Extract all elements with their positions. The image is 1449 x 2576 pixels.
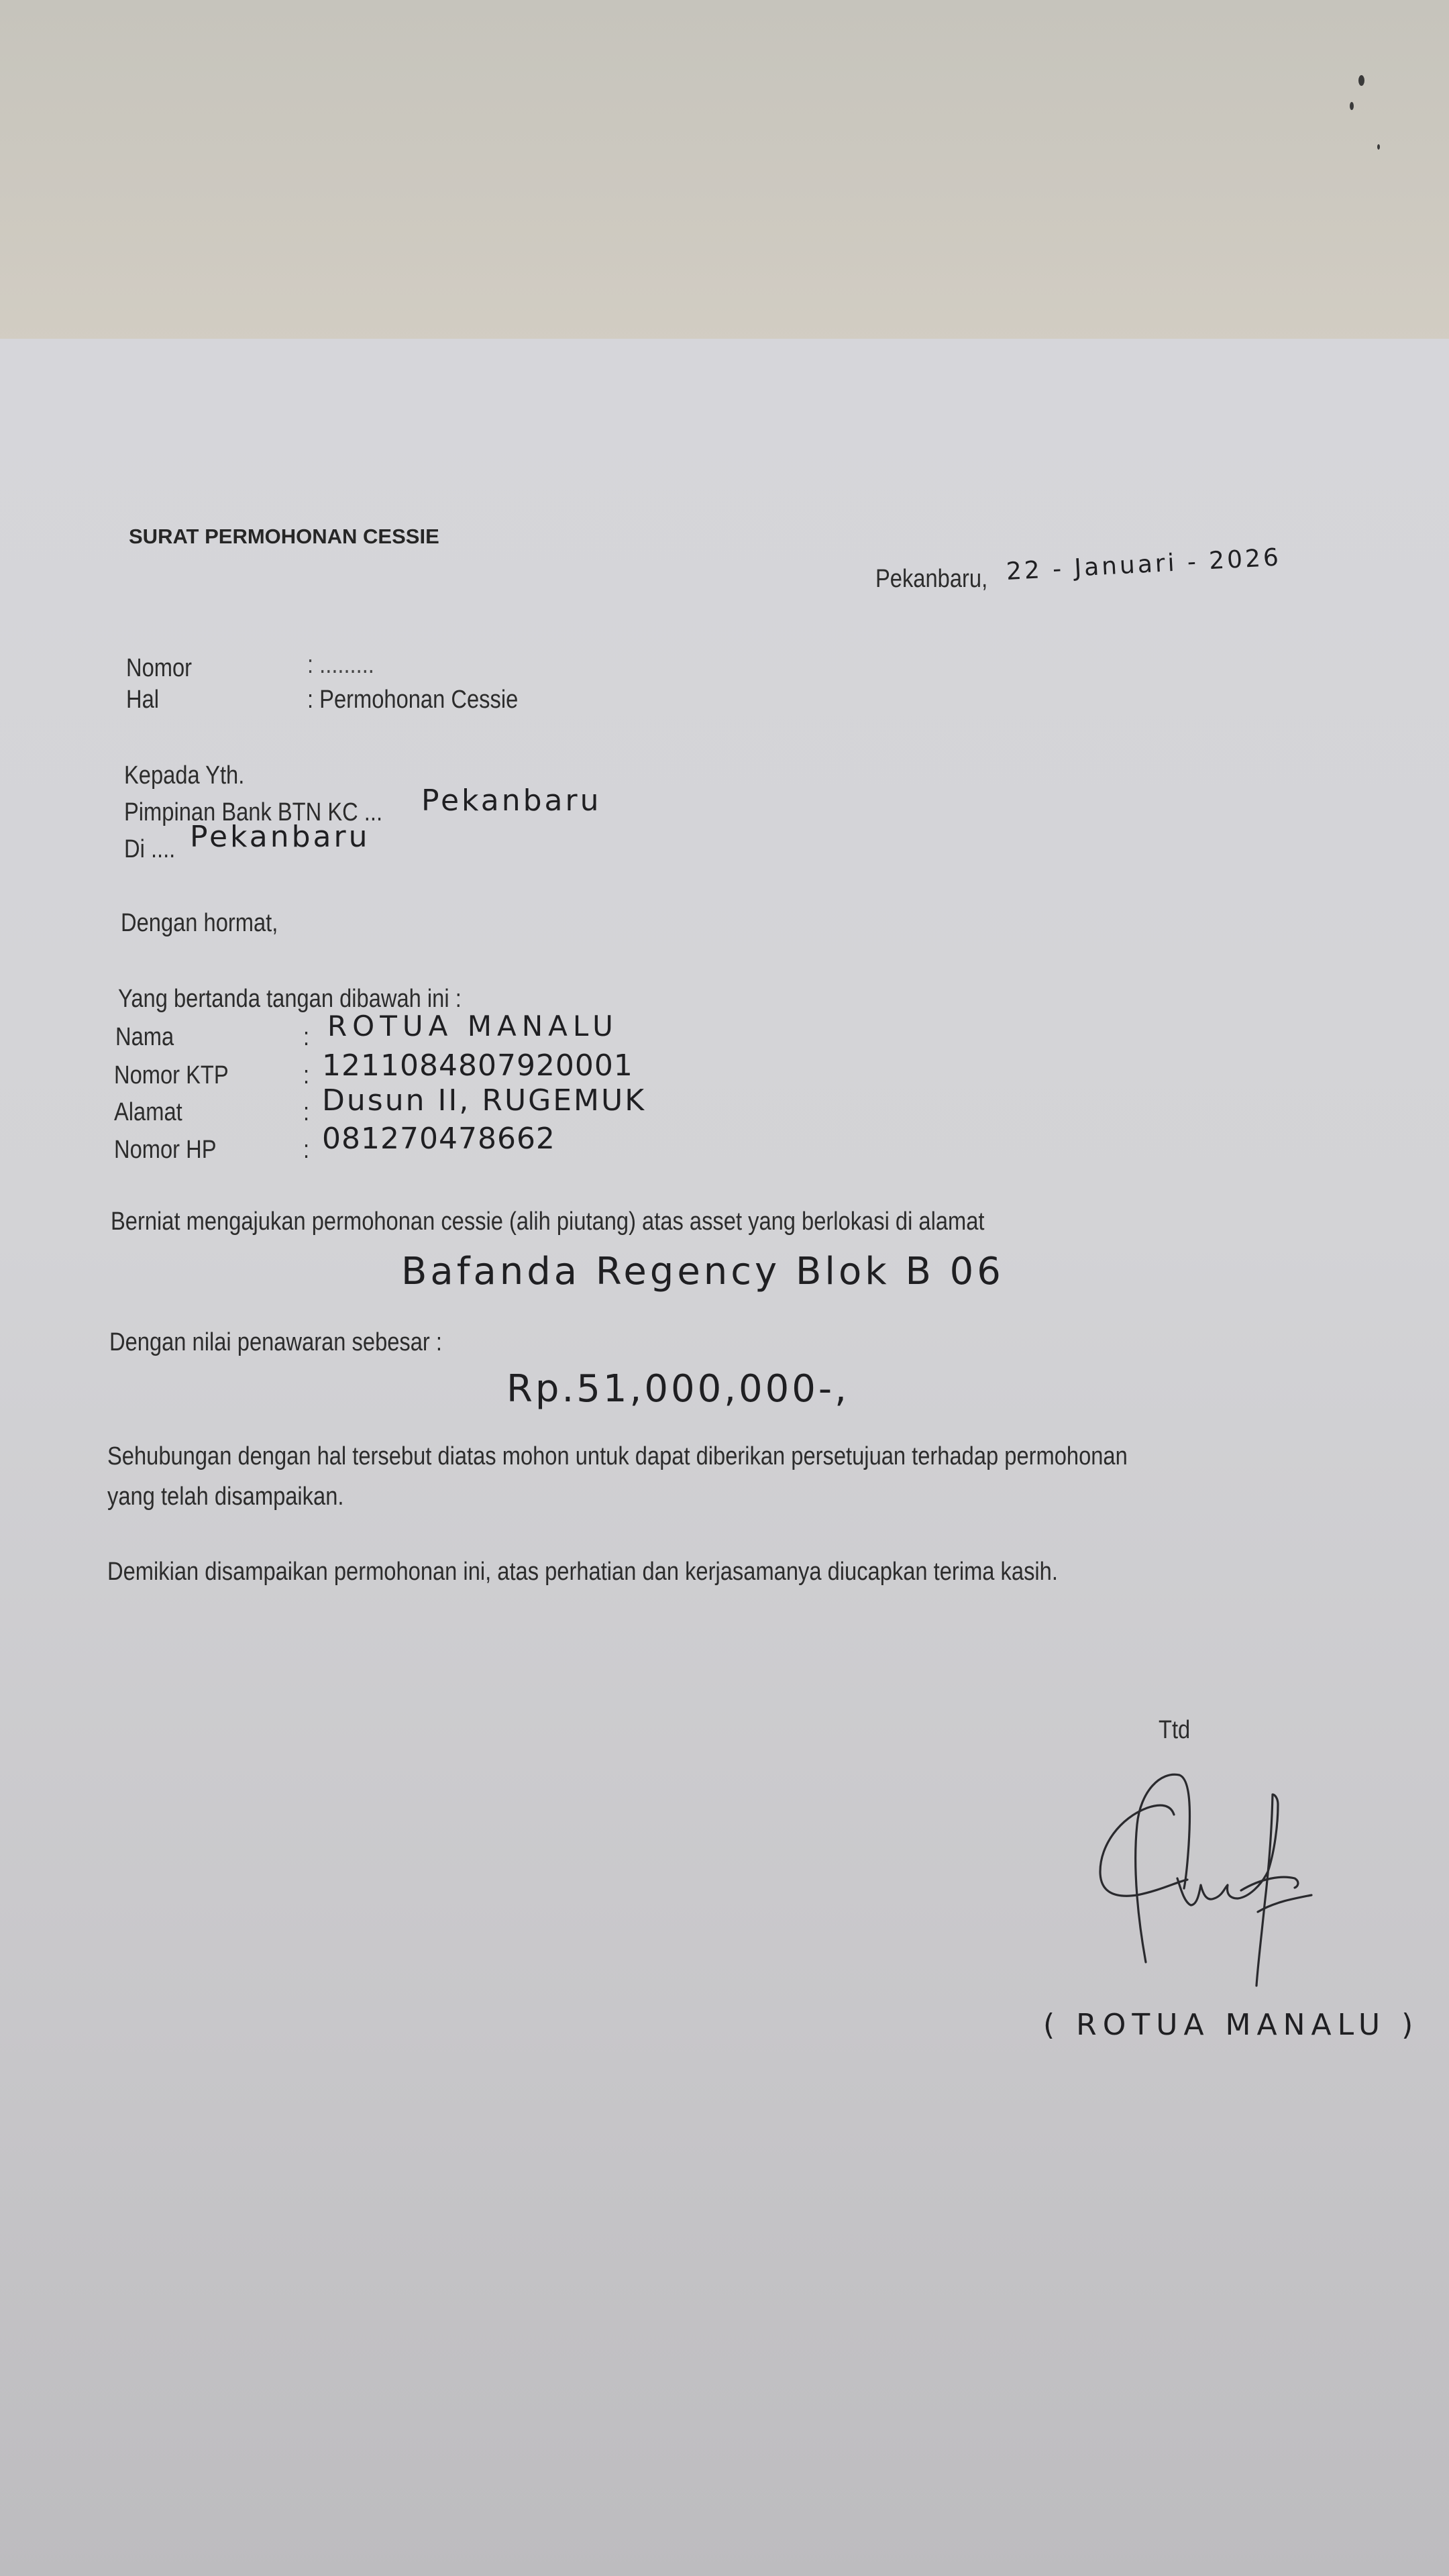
asset-address-handwritten: Bafanda Regency Blok B 06 — [401, 1250, 1004, 1293]
letter-title: SURAT PERMOHONAN CESSIE — [129, 525, 439, 549]
field-colon: : — [303, 1061, 309, 1090]
asset-intro: Berniat mengajukan permohonan cessie (al… — [111, 1207, 985, 1236]
speck-mark — [1377, 144, 1380, 150]
hal-value: : Permohonan Cessie — [307, 686, 518, 714]
field-label-nama: Nama — [115, 1023, 174, 1052]
nomor-value: : ......... — [307, 651, 374, 680]
field-value-nama: ROTUA MANALU — [327, 1010, 619, 1042]
background-surface — [0, 0, 1449, 349]
recipient-greeting: Kepada Yth. — [124, 761, 244, 790]
field-colon: : — [303, 1023, 309, 1052]
signer-name-handwritten: ( ROTUA MANALU ) — [1043, 2008, 1419, 2042]
request-line-1: Sehubungan dengan hal tersebut diatas mo… — [107, 1442, 1128, 1471]
signature-label: Ttd — [1159, 1716, 1190, 1745]
request-line-2: yang telah disampaikan. — [107, 1483, 343, 1511]
field-label-ktp: Nomor KTP — [114, 1061, 229, 1090]
field-label-alamat: Alamat — [114, 1098, 182, 1127]
di-handwritten: Pekanbaru — [190, 820, 370, 854]
hal-label: Hal — [126, 686, 159, 714]
field-colon: : — [303, 1098, 309, 1127]
salutation: Dengan hormat, — [121, 909, 278, 938]
field-value-alamat: Dusun II, RUGEMUK — [322, 1083, 646, 1118]
field-value-ktp: 1211084807920001 — [322, 1049, 633, 1083]
place-label: Pekanbaru, — [875, 565, 987, 594]
field-value-hp: 081270478662 — [322, 1122, 555, 1156]
handwritten-signature — [1073, 1771, 1328, 1999]
di-label: Di .... — [124, 835, 175, 864]
nomor-label: Nomor — [126, 654, 192, 683]
speck-mark — [1358, 75, 1364, 86]
closing-text: Demikian disampaikan permohonan ini, ata… — [107, 1558, 1058, 1587]
field-colon: : — [303, 1136, 309, 1165]
bank-branch-handwritten: Pekanbaru — [421, 784, 601, 818]
offer-intro: Dengan nilai penawaran sebesar : — [109, 1328, 442, 1357]
offer-value-handwritten: Rp.51,000,000-, — [506, 1367, 849, 1411]
speck-mark — [1350, 102, 1354, 110]
field-label-hp: Nomor HP — [114, 1136, 217, 1165]
